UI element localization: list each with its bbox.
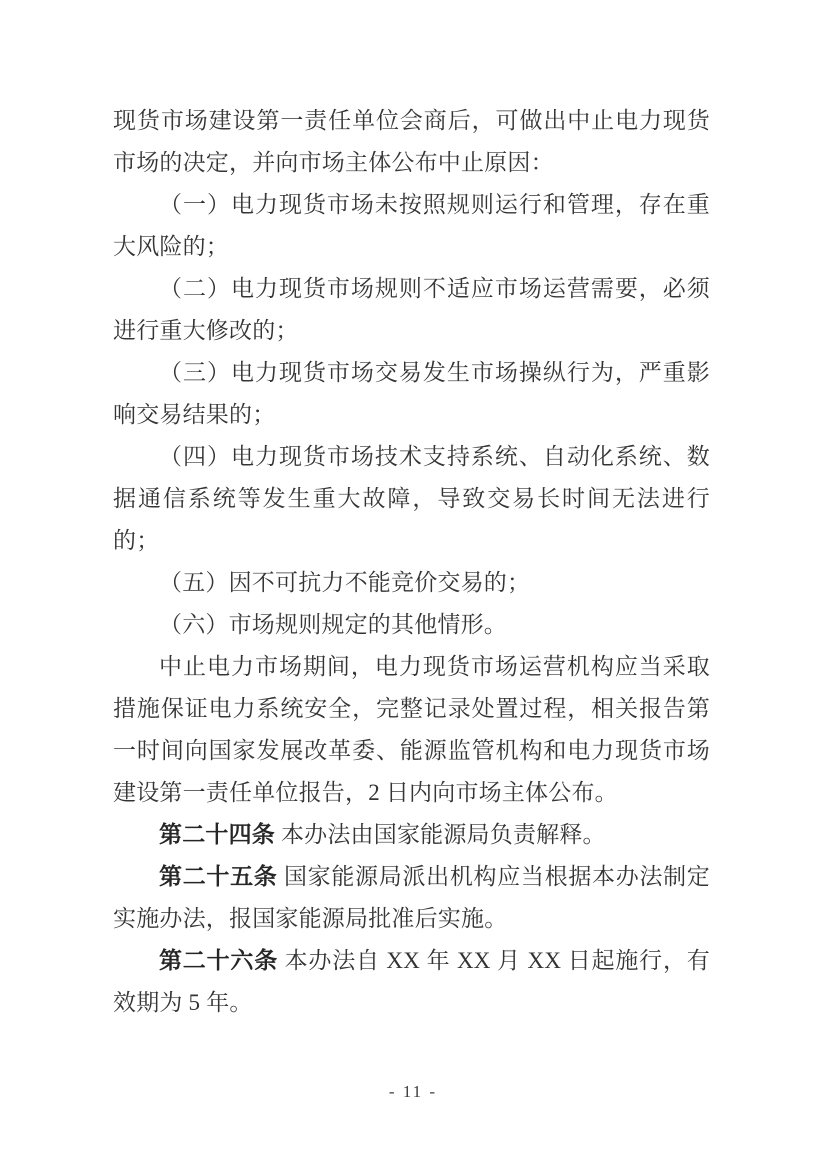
paragraph: 第二十五条国家能源局派出机构应当根据本办法制定实施办法，报国家能源局批准后实施。: [113, 856, 710, 940]
page-number: - 11 -: [0, 1082, 826, 1102]
paragraph-text: 本办法由国家能源局负责解释。: [281, 822, 606, 847]
paragraph: 中止电力市场期间，电力现货市场运营机构应当采取措施保证电力系统安全，完整记录处置…: [113, 646, 710, 814]
paragraph: （二）电力现货市场规则不适应市场运营需要，必须进行重大修改的；: [113, 268, 710, 352]
paragraph-text: （三）电力现货市场交易发生市场操纵行为，严重影响交易结果的；: [113, 360, 710, 427]
article-number: 第二十五条: [159, 864, 284, 889]
paragraph-text: （一）电力现货市场未按照规则运行和管理，存在重大风险的；: [113, 192, 710, 259]
paragraph: （三）电力现货市场交易发生市场操纵行为，严重影响交易结果的；: [113, 352, 710, 436]
paragraph: （五）因不可抗力不能竞价交易的；: [113, 562, 710, 604]
body-text: 现货市场建设第一责任单位会商后，可做出中止电力现货市场的决定，并向市场主体公布中…: [113, 100, 710, 1024]
paragraph-text: （四）电力现货市场技术支持系统、自动化系统、数据通信系统等发生重大故障，导致交易…: [113, 444, 710, 553]
paragraph-text: （二）电力现货市场规则不适应市场运营需要，必须进行重大修改的；: [113, 276, 710, 343]
paragraph: 第二十四条本办法由国家能源局负责解释。: [113, 814, 710, 856]
paragraph: 第二十六条本办法自 XX 年 XX 月 XX 日起施行，有效期为 5 年。: [113, 940, 710, 1024]
paragraph-text: （五）因不可抗力不能竞价交易的；: [159, 570, 530, 595]
paragraph-text: 现货市场建设第一责任单位会商后，可做出中止电力现货市场的决定，并向市场主体公布中…: [113, 108, 710, 175]
paragraph: （六）市场规则规定的其他情形。: [113, 604, 710, 646]
paragraph: 现货市场建设第一责任单位会商后，可做出中止电力现货市场的决定，并向市场主体公布中…: [113, 100, 710, 184]
paragraph-text: 中止电力市场期间，电力现货市场运营机构应当采取措施保证电力系统安全，完整记录处置…: [113, 654, 710, 805]
paragraph: （一）电力现货市场未按照规则运行和管理，存在重大风险的；: [113, 184, 710, 268]
paragraph-text: （六）市场规则规定的其他情形。: [159, 612, 507, 637]
article-number: 第二十四条: [159, 822, 281, 847]
paragraph: （四）电力现货市场技术支持系统、自动化系统、数据通信系统等发生重大故障，导致交易…: [113, 436, 710, 562]
article-number: 第二十六条: [159, 948, 285, 973]
document-page: 现货市场建设第一责任单位会商后，可做出中止电力现货市场的决定，并向市场主体公布中…: [0, 0, 826, 1169]
